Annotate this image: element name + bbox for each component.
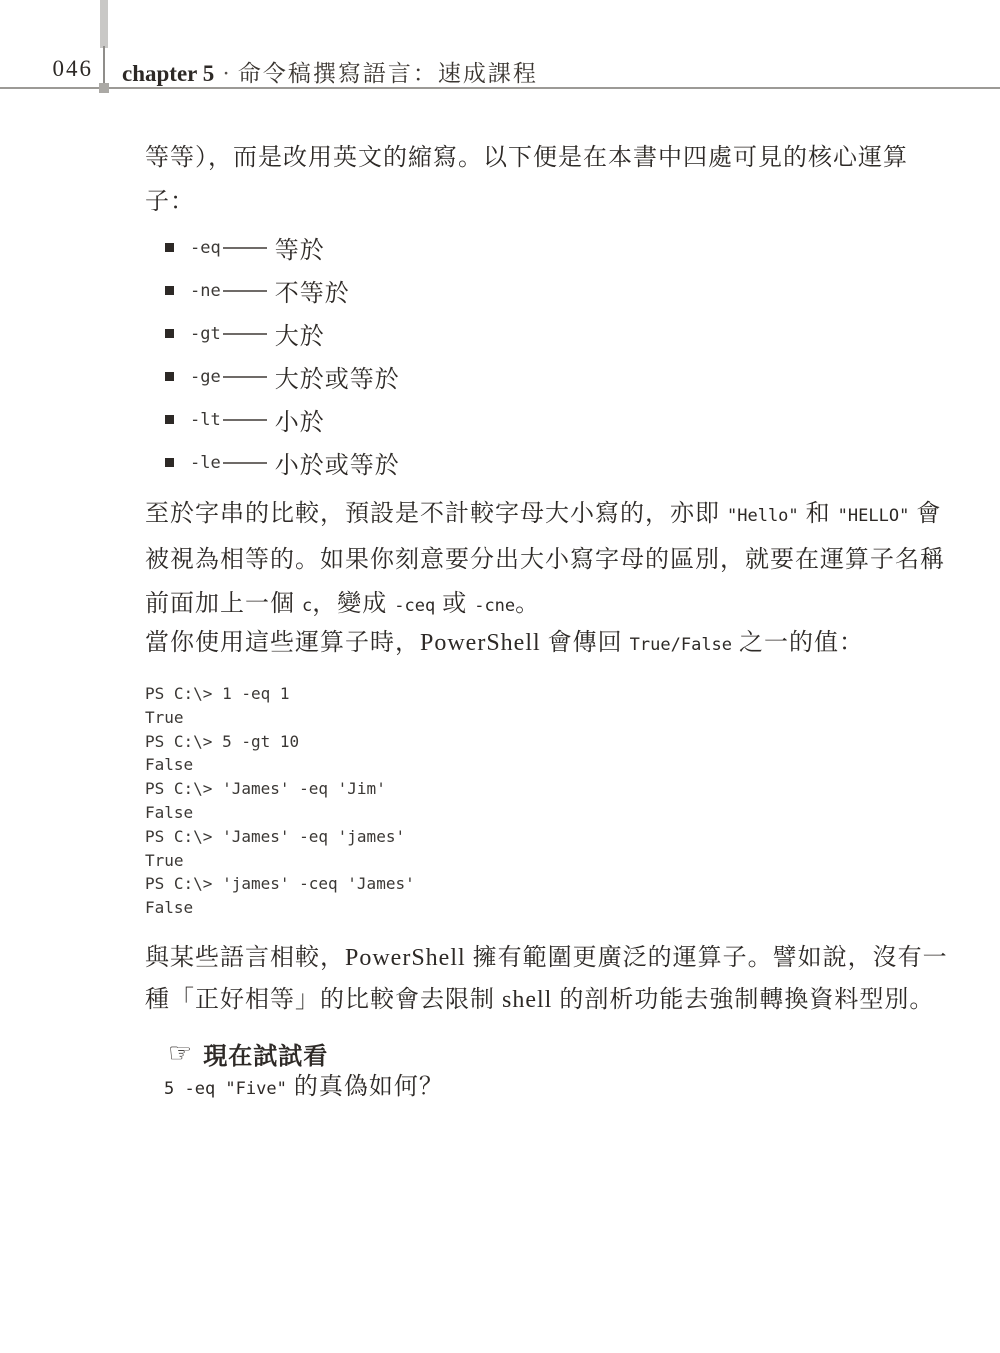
code-line: False (145, 896, 415, 920)
bullet-square-icon (165, 372, 174, 381)
string-compare-paragraph: 至於字串的比較，預設是不計較字母大小寫的，亦即 "Hello" 和 "HELLO… (145, 492, 925, 628)
code-line: PS C:\> 'James' -eq 'Jim' (145, 777, 415, 801)
operator-code: -eq (190, 238, 221, 258)
operator-dash (223, 290, 267, 292)
code-line: False (145, 753, 415, 777)
running-header: chapter 5·命令稿撰寫語言：速成課程 (122, 55, 538, 88)
string-compare-line-1: 至於字串的比較，預設是不計較字母大小寫的，亦即 "Hello" 和 "HELLO… (145, 492, 925, 538)
comparison-note-line-1: 與某些語言相較，PowerShell 擁有範圍更廣泛的運算子。譬如說，沒有一 (145, 937, 925, 979)
intro-line-2: 子： (145, 180, 925, 224)
code-line: PS C:\> 1 -eq 1 (145, 682, 415, 706)
book-page: 046 chapter 5·命令稿撰寫語言：速成課程 等等），而是改用英文的縮寫… (0, 0, 1000, 1353)
header-accent-bar (100, 0, 108, 48)
operator-item-le: -le 小於或等於 (165, 441, 400, 484)
comparison-note-paragraph: 與某些語言相較，PowerShell 擁有範圍更廣泛的運算子。譬如說，沒有一 種… (145, 937, 925, 1021)
string-compare-line-2: 被視為相等的。如果你刻意要分出大小寫字母的區別，就要在運算子名稱 (145, 538, 925, 582)
intro-paragraph: 等等），而是改用英文的縮寫。以下便是在本書中四處可見的核心運算 子： (145, 136, 925, 224)
code-line: PS C:\> 'james' -ceq 'James' (145, 872, 415, 896)
page-number: 046 (0, 56, 93, 82)
bullet-square-icon (165, 458, 174, 467)
bullet-square-icon (165, 286, 174, 295)
operator-dash (223, 333, 267, 335)
operator-code: -gt (190, 324, 221, 344)
comparison-note-line-2: 種「正好相等」的比較會去限制 shell 的剖析功能去強制轉換資料型別。 (145, 979, 925, 1021)
operator-item-eq: -eq 等於 (165, 226, 400, 269)
code-line: False (145, 801, 415, 825)
operator-item-ge: -ge 大於或等於 (165, 355, 400, 398)
operator-list: -eq 等於 -ne 不等於 -gt 大於 -ge 大於或等於 -lt 小於 (165, 226, 400, 484)
operator-description: 大於 (275, 316, 325, 351)
chapter-label: chapter 5 (122, 61, 214, 86)
try-now-question: 5 -eq "Five" 的真偽如何？ (164, 1066, 444, 1101)
operator-dash (223, 419, 267, 421)
operator-code: -le (190, 453, 221, 473)
header-vertical-line (103, 46, 105, 88)
chapter-title: 命令稿撰寫語言：速成課程 (238, 61, 538, 86)
powershell-code-listing: PS C:\> 1 -eq 1TruePS C:\> 5 -gt 10False… (145, 682, 415, 920)
bullet-square-icon (165, 329, 174, 338)
bullet-square-icon (165, 415, 174, 424)
code-line: True (145, 706, 415, 730)
usage-paragraph: 當你使用這些運算子時，PowerShell 會傳回 True/False 之一的… (145, 621, 925, 667)
code-line: True (145, 849, 415, 873)
operator-code: -lt (190, 410, 221, 430)
operator-dash (223, 462, 267, 464)
code-line: PS C:\> 'James' -eq 'james' (145, 825, 415, 849)
pointing-hand-icon: ☞ (168, 1038, 193, 1069)
intro-line-1: 等等），而是改用英文的縮寫。以下便是在本書中四處可見的核心運算 (145, 136, 925, 180)
operator-description: 不等於 (275, 273, 350, 308)
operator-item-lt: -lt 小於 (165, 398, 400, 441)
code-line: PS C:\> 5 -gt 10 (145, 730, 415, 754)
operator-code: -ge (190, 367, 221, 387)
bullet-square-icon (165, 243, 174, 252)
chapter-separator-dot: · (222, 61, 230, 86)
operator-dash (223, 247, 267, 249)
header-square-marker (99, 83, 109, 93)
operator-code: -ne (190, 281, 221, 301)
operator-description: 小於或等於 (275, 445, 400, 480)
operator-item-gt: -gt 大於 (165, 312, 400, 355)
operator-description: 等於 (275, 230, 325, 265)
operator-dash (223, 376, 267, 378)
operator-item-ne: -ne 不等於 (165, 269, 400, 312)
operator-description: 小於 (275, 402, 325, 437)
usage-line: 當你使用這些運算子時，PowerShell 會傳回 True/False 之一的… (145, 621, 925, 667)
operator-description: 大於或等於 (275, 359, 400, 394)
